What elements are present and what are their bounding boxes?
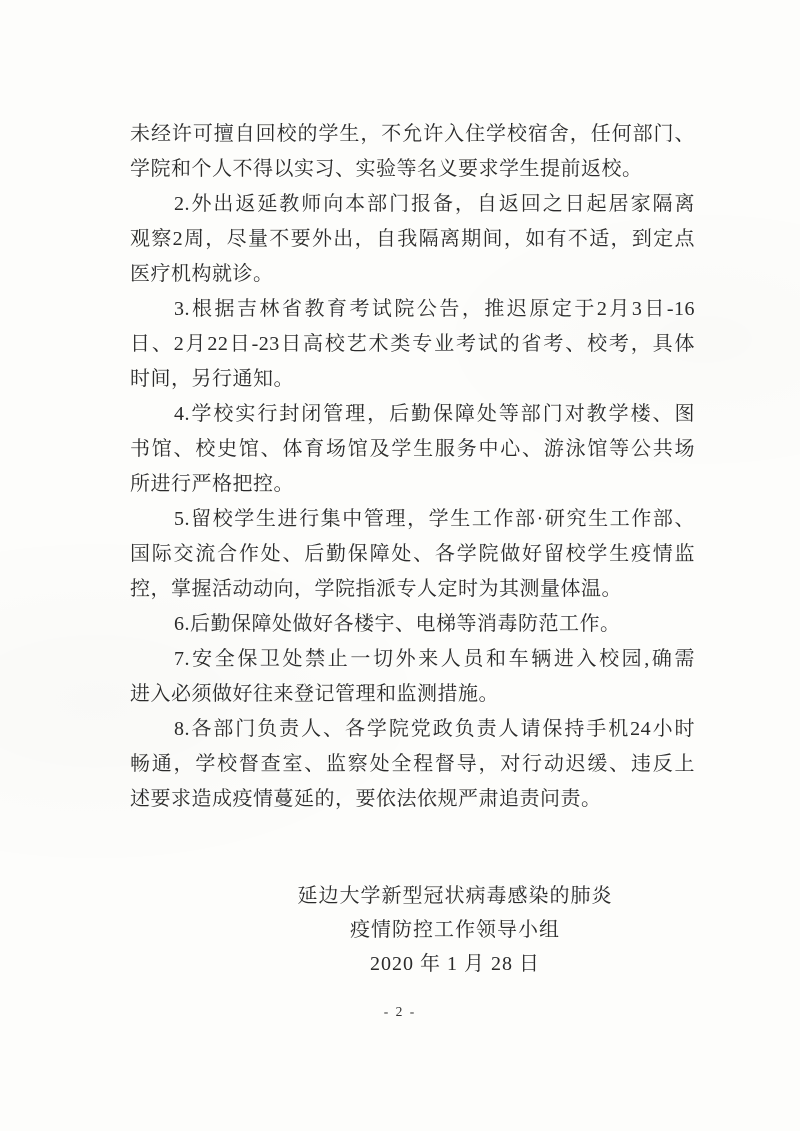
body-line: 时间，另行通知。: [130, 362, 695, 397]
body-line: 未经许可擅自回校的学生，不允许入住学校宿舍，任何部门、: [130, 117, 695, 152]
body-line: 学院和个人不得以实习、实验等名义要求学生提前返校。: [130, 152, 695, 187]
body-line: 观察2周，尽量不要外出，自我隔离期间，如有不适，到定点: [130, 222, 695, 257]
body-line-item-6: 6.后勤保障处做好各楼宇、电梯等消毒防范工作。: [130, 607, 695, 642]
document-body: 未经许可擅自回校的学生，不允许入住学校宿舍，任何部门、 学院和个人不得以实习、实…: [130, 117, 695, 817]
body-line: 述要求造成疫情蔓延的，要依法依规严肃追责问责。: [130, 782, 695, 817]
body-line-item-2: 2.外出返延教师向本部门报备，自返回之日起居家隔离: [130, 187, 695, 222]
body-line: 进入必须做好往来登记管理和监测措施。: [130, 677, 695, 712]
signature-org-line1: 延边大学新型冠状病毒感染的肺炎: [174, 879, 736, 913]
scanned-notice-page: 未经许可擅自回校的学生，不允许入住学校宿舍，任何部门、 学院和个人不得以实习、实…: [0, 0, 800, 1131]
body-line-item-3: 3.根据吉林省教育考试院公告，推迟原定于2月3日-16: [130, 292, 695, 327]
body-line: 医疗机构就诊。: [130, 257, 695, 292]
body-line-item-7: 7.安全保卫处禁止一切外来人员和车辆进入校园,确需: [130, 642, 695, 677]
body-line: 所进行严格把控。: [130, 467, 695, 502]
body-line: 日、2月22日-23日高校艺术类专业考试的省考、校考，具体: [130, 327, 695, 362]
body-line-item-8: 8.各部门负责人、各学院党政负责人请保持手机24小时: [130, 712, 695, 747]
body-line: 畅通，学校督查室、监察处全程督导，对行动迟缓、违反上: [130, 747, 695, 782]
body-line-item-4: 4.学校实行封闭管理，后勤保障处等部门对教学楼、图: [130, 397, 695, 432]
body-line-item-5: 5.留校学生进行集中管理，学生工作部·研究生工作部、: [130, 502, 695, 537]
signature-org-line2: 疫情防控工作领导小组: [174, 913, 736, 947]
body-line: 书馆、校史馆、体育场馆及学生服务中心、游泳馆等公共场: [130, 432, 695, 467]
page-number: - 2 -: [0, 1004, 800, 1020]
body-line: 国际交流合作处、后勤保障处、各学院做好留校学生疫情监: [130, 537, 695, 572]
body-line: 控，掌握活动动向，学院指派专人定时为其测量体温。: [130, 572, 695, 607]
signature-date: 2020 年 1 月 28 日: [174, 947, 736, 981]
signature-block: 延边大学新型冠状病毒感染的肺炎 疫情防控工作领导小组 2020 年 1 月 28…: [174, 879, 736, 981]
